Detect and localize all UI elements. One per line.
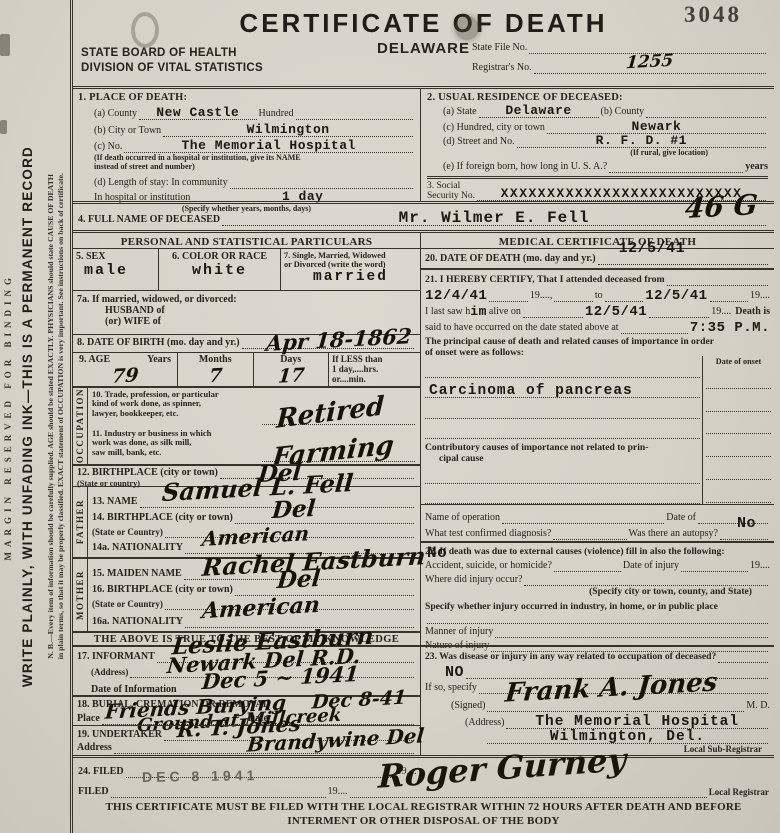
certify-section: 21. I HEREBY CERTIFY, That I attended de… bbox=[421, 268, 774, 356]
onset-cell bbox=[706, 480, 771, 503]
board-line2: DIVISION OF VITAL STATISTICS bbox=[81, 61, 263, 76]
specify-line-row bbox=[425, 612, 770, 624]
contributory-label1: Contributory causes of importance not re… bbox=[425, 442, 700, 453]
year-blank4: 19.... bbox=[750, 560, 770, 572]
onset-cell bbox=[706, 412, 771, 435]
res-hundred-line: Newark bbox=[547, 121, 766, 134]
filing-footer: 24. FILED 19.... FILED 19.... Local Regi… bbox=[73, 755, 774, 833]
county-row: (a) County New Castle Hundred bbox=[78, 103, 415, 120]
full-name-line-row: 4. FULL NAME OF DECEASED Mr. Wilmer E. F… bbox=[78, 208, 768, 226]
contributory-label2: cipal cause bbox=[425, 453, 700, 464]
year-blank1: 19...., bbox=[530, 290, 553, 302]
filing-note-line1: THIS CERTIFICATE MUST BE FILED WITH THE … bbox=[78, 801, 769, 815]
cause-lines: Carcinoma of pancreas Contributory cause… bbox=[421, 356, 702, 504]
lastsaw-label1: I last saw h bbox=[425, 306, 470, 318]
operation-date-label: Date of bbox=[666, 512, 696, 524]
father-side-label-strip: FATHER bbox=[73, 487, 88, 558]
less-line3: or....min. bbox=[332, 374, 417, 384]
onset-cell bbox=[706, 434, 771, 457]
less-line1: If LESS than bbox=[332, 354, 417, 364]
contributory-line-blank bbox=[425, 484, 700, 504]
days-value: 17 bbox=[277, 364, 305, 388]
cause-line-blank bbox=[425, 358, 700, 378]
occupation-related-section: 23. Was disease or injury in any way rel… bbox=[421, 645, 774, 755]
dotted-line bbox=[489, 291, 528, 302]
principal-line1: The principal cause of death and related… bbox=[425, 336, 770, 347]
res-hundred-label: (c) Hundred, city or town bbox=[443, 122, 545, 134]
signed-row: (Signed) M. D. Frank A. Jones bbox=[425, 694, 770, 712]
place-of-death-section: 1. PLACE OF DEATH: (a) County New Castle… bbox=[73, 89, 421, 201]
autopsy-value: No bbox=[737, 518, 756, 530]
contributory-line-blank bbox=[425, 464, 700, 484]
filed1-label: 24. FILED bbox=[78, 766, 124, 778]
certificate-number: 3048 bbox=[684, 2, 742, 28]
county-value: New Castle bbox=[156, 105, 239, 120]
injury-date-label: Date of injury bbox=[623, 560, 679, 572]
dod-line-row: 20. DATE OF DEATH (mo. day and yr.) bbox=[425, 250, 770, 265]
dotted-line bbox=[649, 307, 709, 318]
physician-signature: Frank A. Jones bbox=[505, 676, 718, 699]
cause-line-blank bbox=[425, 398, 700, 418]
marital-cell: 7. Single, Married, Widowed or Divorced … bbox=[281, 249, 420, 290]
certify-intro-row: 21. I HEREBY CERTIFY, That I attended de… bbox=[425, 273, 770, 286]
dob-label: 8. DATE OF BIRTH (mo. day and yr.) bbox=[77, 337, 240, 349]
nb-instructions: N. B.—Every item of information should b… bbox=[41, 0, 69, 833]
death-is-label: Death is bbox=[735, 306, 770, 318]
residence-section: 2. USUAL RESIDENCE OF DECEASED: (a) Stat… bbox=[421, 89, 774, 201]
physician-city-value: Wilmington, Del. bbox=[550, 729, 705, 745]
occupation-group: OCCUPATION 10. Trade, profession, or par… bbox=[73, 386, 420, 464]
months-label: Months bbox=[178, 354, 253, 365]
marital-value: married bbox=[284, 269, 417, 285]
permanent-note-text: WRITE PLAINLY, WITH UNFADING INK—THIS IS… bbox=[20, 146, 35, 687]
filing-note-line2: INTERMENT OR OTHER DISPOSAL OF THE BODY bbox=[78, 815, 769, 829]
res-street-row: (d) Street and No. R. F. D. #1 bbox=[427, 134, 768, 148]
year-blank2: 19.... bbox=[750, 290, 770, 302]
occupation-related-value: NO bbox=[445, 667, 464, 679]
mother-side-label-strip: MOTHER bbox=[73, 559, 88, 631]
filed2-label: FILED bbox=[78, 786, 109, 798]
attended-row: 12/4/41 19...., to 12/5/41 19.... bbox=[425, 286, 770, 302]
married-to-line2: HUSBAND of bbox=[77, 305, 416, 316]
cause-line-blank bbox=[425, 419, 700, 439]
age-label: 9. AGE bbox=[79, 354, 110, 365]
nb-line1: N. B.—Every item of information should b… bbox=[46, 174, 55, 659]
cause-value: Carcinoma of pancreas bbox=[429, 383, 633, 399]
mother-name-row: 15. MAIDEN NAME Rachel Eastburn bbox=[92, 560, 416, 580]
mother-nat-label: 16a. NATIONALITY bbox=[92, 616, 183, 628]
certificate-form: CERTIFICATE OF DEATH 3048 DELAWARE STATE… bbox=[70, 0, 776, 833]
trade-row: 10. Trade, profession, or particular kin… bbox=[88, 388, 420, 427]
industry-label3: saw mill, bank, etc. bbox=[92, 448, 262, 458]
autopsy-row: What test confirmed diagnosis? Was there… bbox=[425, 524, 770, 540]
occupation-side-label: OCCUPATION bbox=[75, 388, 85, 463]
specify-label: Specify whether injury occurred in indus… bbox=[425, 601, 770, 612]
dotted-line bbox=[667, 275, 768, 286]
local-registrar-label: Local Registrar bbox=[709, 786, 769, 798]
filed-row2: FILED 19.... Local Registrar DEC 8 1941 … bbox=[78, 778, 769, 798]
violence-label: 22. If death was due to external causes … bbox=[425, 546, 770, 557]
married-to-label: 7a. If married, widowed, or divorced: bbox=[77, 294, 416, 305]
registrar-no-label: Registrar's No. bbox=[472, 62, 532, 74]
medical-column: 20. DATE OF DEATH (mo. day and yr.) 12/5… bbox=[421, 248, 774, 755]
physician-city-line: Wilmington, Del. bbox=[487, 731, 768, 744]
lastsaw-row: I last saw h im alive on 12/5/41 19.... … bbox=[425, 302, 770, 318]
registrar-no-row: Registrar's No. 1255 bbox=[472, 61, 768, 74]
res-foreign-row: (e) If foreign born, how long in U. S. A… bbox=[427, 159, 768, 173]
institution-note1: (If death occurred in a hospital or inst… bbox=[78, 153, 415, 162]
stamp-mark bbox=[455, 16, 479, 40]
state-file-row: State File No. bbox=[472, 42, 768, 54]
cause-of-death-area: Carcinoma of pancreas Contributory cause… bbox=[421, 356, 774, 504]
res-hundred-row: (c) Hundred, city or town Newark bbox=[427, 118, 768, 133]
cause-line-value: Carcinoma of pancreas bbox=[425, 378, 700, 398]
res-foreign-label: (e) If foreign born, how long in U. S. A… bbox=[443, 161, 607, 173]
stay-label: (d) Length of stay: In community bbox=[94, 177, 228, 189]
mother-name-label: 15. MAIDEN NAME bbox=[92, 568, 182, 580]
informant-addr-label: (Address) bbox=[77, 666, 128, 678]
less-line2: 1 day,....hrs. bbox=[332, 364, 417, 374]
certify-intro: 21. I HEREBY CERTIFY, That I attended de… bbox=[425, 274, 665, 286]
principal-line2: of onset were as follows: bbox=[425, 347, 770, 358]
info-date-value: Dec 5 ~ 1941 bbox=[202, 668, 360, 688]
occurred-label: said to have occurred on the date stated… bbox=[425, 322, 619, 334]
res-state-row: (a) State Delaware (b) County bbox=[427, 103, 768, 118]
dotted-line bbox=[605, 291, 644, 302]
res-state-label: (a) State bbox=[443, 106, 477, 118]
res-street-value: R. F. D. #1 bbox=[596, 133, 687, 148]
burial-place-label: Place bbox=[77, 713, 100, 725]
physician-addr-label: (Address) bbox=[465, 717, 504, 729]
institution-note2: instead of street and number) bbox=[78, 162, 415, 171]
res-state-value: Delaware bbox=[505, 103, 571, 118]
mother-rows: 15. MAIDEN NAME Rachel Eastburn 16. BIRT… bbox=[88, 559, 420, 631]
occurred-row: said to have occurred on the date stated… bbox=[425, 318, 770, 334]
filed2-year-blank: 19.... bbox=[328, 786, 348, 798]
age-years-cell: 9. AGE Years 79 bbox=[73, 353, 177, 386]
father-bp-label2: (State or Country) bbox=[92, 526, 163, 538]
trade-label: 10. Trade, profession, or particular kin… bbox=[92, 390, 262, 427]
res-street-line: R. F. D. #1 bbox=[517, 135, 766, 148]
father-side-label: FATHER bbox=[75, 499, 85, 544]
occupation-related-row: 23. Was disease or injury in any way rel… bbox=[425, 650, 770, 663]
date-of-onset-column: Date of onset bbox=[702, 356, 774, 504]
sex-race-marital-row: 5. SEX male 6. COLOR OR RACE white 7. Si… bbox=[73, 248, 420, 290]
certificate-header: CERTIFICATE OF DEATH 3048 DELAWARE STATE… bbox=[73, 0, 774, 86]
res-foreign-suffix: years bbox=[745, 161, 768, 173]
personal-column: 5. SEX male 6. COLOR OR RACE white 7. Si… bbox=[73, 248, 421, 755]
father-nat-label: 14a. NATIONALITY bbox=[92, 542, 183, 554]
father-bp-label: 14. BIRTHPLACE (city or town) bbox=[92, 512, 233, 524]
autopsy-label: Was there an autopsy? bbox=[629, 528, 718, 540]
father-bp-value: Del bbox=[272, 502, 316, 516]
dotted-line bbox=[524, 575, 768, 586]
county-label: (a) County bbox=[94, 108, 137, 120]
mother-bp-value: Del bbox=[277, 573, 321, 587]
race-cell: 6. COLOR OR RACE white bbox=[159, 249, 281, 290]
dotted-line bbox=[646, 107, 766, 118]
operation-label: Name of operation bbox=[425, 512, 500, 524]
dotted-line bbox=[621, 323, 688, 334]
full-name-annotation: 46 G bbox=[684, 188, 759, 225]
full-name-row: 4. FULL NAME OF DECEASED Mr. Wilmer E. F… bbox=[73, 201, 774, 230]
contributory-label: Contributory causes of importance not re… bbox=[425, 442, 700, 464]
ssn-label: 3. Social Security No. bbox=[427, 181, 475, 201]
dod-label: 20. DATE OF DEATH (mo. day and yr.) bbox=[425, 253, 596, 265]
sex-cell: 5. SEX male bbox=[73, 249, 159, 290]
trade-label3: lawyer, bookkeeper, etc. bbox=[92, 409, 262, 419]
manner-row: Manner of injury bbox=[425, 624, 770, 638]
dotted-line bbox=[427, 613, 768, 624]
mother-group: MOTHER 15. MAIDEN NAME Rachel Eastburn 1… bbox=[73, 557, 420, 631]
father-name-value: Samuel L. Fell bbox=[162, 477, 354, 499]
registrar-signature: Roger Gurney bbox=[378, 753, 626, 782]
registrar-no-line: 1255 bbox=[534, 61, 766, 74]
dotted-line bbox=[502, 513, 664, 524]
mother-side-label: MOTHER bbox=[75, 570, 85, 620]
manner-label: Manner of injury bbox=[425, 626, 493, 638]
time-value: 7:35 P.M. bbox=[690, 322, 770, 334]
lastsaw-value: 12/5/41 bbox=[585, 306, 647, 318]
undertaker-section: 19. UNDERTAKER R. T. Jones Address Brand… bbox=[73, 725, 420, 755]
dotted-line bbox=[698, 513, 768, 524]
full-name-value: Mr. Wilmer E. Fell bbox=[399, 209, 590, 227]
res-hundred-value: Newark bbox=[632, 119, 682, 134]
dotted-line bbox=[718, 652, 768, 663]
physician-addr-value: The Memorial Hospital bbox=[535, 714, 739, 730]
mother-bp-label2: (State or Country) bbox=[92, 598, 163, 610]
year-blank3: 19.... bbox=[711, 306, 731, 318]
ssn-label1: 3. Social bbox=[427, 181, 475, 191]
dob-row: 8. DATE OF BIRTH (mo. day and yr.) Apr 1… bbox=[73, 334, 420, 352]
onset-label: Date of onset bbox=[705, 357, 772, 366]
res-county-label: (b) County bbox=[601, 106, 645, 118]
violence-value: No bbox=[427, 547, 447, 559]
marital-label2: or Divorced (write the word) bbox=[284, 260, 417, 269]
institution-line: The Memorial Hospital bbox=[124, 140, 413, 153]
race-label: 6. COLOR OR RACE bbox=[162, 251, 277, 262]
trade-line: Retired bbox=[262, 390, 415, 425]
test-label: What test confirmed diagnosis? bbox=[425, 528, 551, 540]
section2-title: 2. USUAL RESIDENCE OF DECEASED: bbox=[427, 92, 768, 103]
dotted-line bbox=[609, 162, 743, 173]
onset-cell bbox=[706, 389, 771, 412]
age-row: 9. AGE Years 79 Months 7 Days 17 If bbox=[73, 352, 420, 386]
city-row: (b) City or Town Wilmington bbox=[78, 120, 415, 137]
physician-addr-row: (Address) The Memorial Hospital bbox=[425, 712, 770, 729]
margin-note-text: MARGIN RESERVED FOR BINDING bbox=[3, 273, 13, 560]
violence-section: 22. If death was due to external causes … bbox=[421, 541, 774, 645]
physician-addr-line: The Memorial Hospital bbox=[506, 716, 768, 729]
state-file-label: State File No. bbox=[472, 42, 527, 54]
dotted-line bbox=[554, 561, 621, 572]
city-line: Wilmington bbox=[163, 124, 413, 137]
mother-bp-row: 16. BIRTHPLACE (city or town) Del bbox=[92, 580, 416, 596]
marital-label1: 7. Single, Married, Widowed bbox=[284, 251, 417, 260]
dotted-line bbox=[681, 561, 748, 572]
institution-row: (c) No. The Memorial Hospital bbox=[78, 137, 415, 153]
industry-label: 11. Industry or business in which work w… bbox=[92, 429, 262, 464]
file-numbers: State File No. Registrar's No. 1255 bbox=[472, 42, 768, 74]
accident-row: Accident, suicide, or homicide? Date of … bbox=[425, 557, 770, 572]
ssn-label2: Security No. bbox=[427, 191, 475, 201]
city-label: (b) City or Town bbox=[94, 125, 161, 137]
dotted-line bbox=[553, 529, 626, 540]
dotted-line bbox=[710, 291, 749, 302]
industry-row: 11. Industry or business in which work w… bbox=[88, 427, 420, 464]
personal-column-header: PERSONAL AND STATISTICAL PARTICULARS bbox=[73, 233, 421, 248]
res-street-note: (If rural, give location) bbox=[427, 148, 768, 157]
stain-mark bbox=[131, 12, 159, 48]
race-value: white bbox=[162, 262, 277, 279]
to-label: to bbox=[595, 290, 603, 302]
dotted-line bbox=[111, 787, 326, 798]
death-certificate-scan: MARGIN RESERVED FOR BINDING WRITE PLAINL… bbox=[0, 0, 780, 833]
age-less-cell: If LESS than 1 day,....hrs. or....min. bbox=[328, 353, 420, 386]
filed-date-stamp: DEC 8 1941 bbox=[142, 769, 258, 783]
county-line: New Castle bbox=[139, 107, 256, 120]
onset-cell bbox=[706, 366, 771, 389]
signed-label: (Signed) bbox=[451, 700, 485, 712]
occupation-rows: 10. Trade, profession, or particular kin… bbox=[88, 388, 420, 464]
undertaker-addr-value: Brandywine Del bbox=[247, 729, 425, 750]
mother-nat-value: American bbox=[202, 599, 321, 617]
nb-line2: in plain terms, so that it may be proper… bbox=[56, 173, 65, 659]
top-sections: 1. PLACE OF DEATH: (a) County New Castle… bbox=[73, 86, 774, 201]
informant-label: 17. INFORMANT bbox=[77, 651, 155, 663]
undertaker-addr-label: Address bbox=[77, 742, 112, 754]
where-note: (Specify city or town, county, and State… bbox=[425, 586, 770, 597]
filing-note: THIS CERTIFICATE MUST BE FILED WITH THE … bbox=[78, 801, 769, 828]
age-days-cell: Days 17 bbox=[253, 353, 329, 386]
res-state-line: Delaware bbox=[479, 105, 599, 118]
occupation-side-label-strip: OCCUPATION bbox=[73, 388, 88, 464]
dotted-line bbox=[554, 291, 593, 302]
occupation-related-label: 23. Was disease or injury in any way rel… bbox=[425, 651, 716, 663]
where-row: Where did injury occur? bbox=[425, 572, 770, 586]
industry-line: Farming bbox=[262, 429, 415, 462]
issuing-agency: STATE BOARD OF HEALTH DIVISION OF VITAL … bbox=[81, 46, 263, 76]
months-value: 7 bbox=[208, 364, 223, 387]
medical-column-header: MEDICAL CERTIFICATE OF DEATH bbox=[421, 233, 774, 248]
certificate-title: CERTIFICATE OF DEATH bbox=[73, 0, 774, 39]
attended-from: 12/4/41 bbox=[425, 290, 487, 302]
undertaker-label: 19. UNDERTAKER bbox=[77, 729, 162, 741]
dotted-line bbox=[523, 307, 583, 318]
sex-value: male bbox=[76, 262, 155, 279]
age-months-cell: Months 7 bbox=[177, 353, 253, 386]
stay-row: (d) Length of stay: In community bbox=[78, 174, 415, 189]
father-name-label: 13. NAME bbox=[92, 496, 138, 508]
where-label: Where did injury occur? bbox=[425, 574, 522, 586]
city-value: Wilmington bbox=[247, 122, 330, 137]
date-of-death-row: 20. DATE OF DEATH (mo. day and yr.) 12/5… bbox=[421, 248, 774, 268]
ifso-label: If so, specify bbox=[425, 682, 477, 694]
onset-cell bbox=[706, 457, 771, 480]
father-name-row: 13. NAME Samuel L. Fell bbox=[92, 488, 416, 508]
dotted-line bbox=[296, 109, 413, 120]
main-columns: 5. SEX male 6. COLOR OR RACE white 7. Si… bbox=[73, 248, 774, 755]
md-label: M. D. bbox=[746, 700, 770, 712]
registrar-no-value: 1255 bbox=[626, 55, 674, 70]
years-value: 79 bbox=[111, 364, 139, 388]
full-name-label: 4. FULL NAME OF DECEASED bbox=[78, 214, 220, 226]
sex-label: 5. SEX bbox=[76, 251, 155, 262]
permanent-record-note: WRITE PLAINLY, WITH UNFADING INK—THIS IS… bbox=[13, 0, 41, 833]
lastsaw-label2: alive on bbox=[489, 306, 521, 318]
operation-autopsy-section: Name of operation Date of What test conf… bbox=[421, 504, 774, 541]
father-bp-row: 14. BIRTHPLACE (city or town) Del bbox=[92, 508, 416, 524]
hundred-label: Hundred bbox=[259, 108, 294, 120]
mother-bp-label: 16. BIRTHPLACE (city or town) bbox=[92, 584, 233, 596]
board-line1: STATE BOARD OF HEALTH bbox=[81, 46, 263, 61]
dod-value: 12/5/41 bbox=[619, 240, 686, 257]
dotted-line bbox=[235, 513, 414, 524]
father-nat-value: American bbox=[202, 527, 310, 545]
dotted-line bbox=[230, 178, 413, 189]
years-label: Years bbox=[147, 354, 171, 365]
operation-row: Name of operation Date of bbox=[425, 509, 770, 524]
institution-value: The Memorial Hospital bbox=[182, 138, 356, 153]
dotted-line bbox=[495, 627, 768, 638]
undertaker-addr-row: Address Brandywine Del bbox=[77, 741, 416, 754]
section1-title: 1. PLACE OF DEATH: bbox=[78, 92, 415, 103]
res-street-label: (d) Street and No. bbox=[443, 136, 515, 148]
lastsaw-typed: im bbox=[470, 306, 487, 318]
institution-label: (c) No. bbox=[94, 141, 122, 153]
attended-to: 12/5/41 bbox=[645, 290, 707, 302]
